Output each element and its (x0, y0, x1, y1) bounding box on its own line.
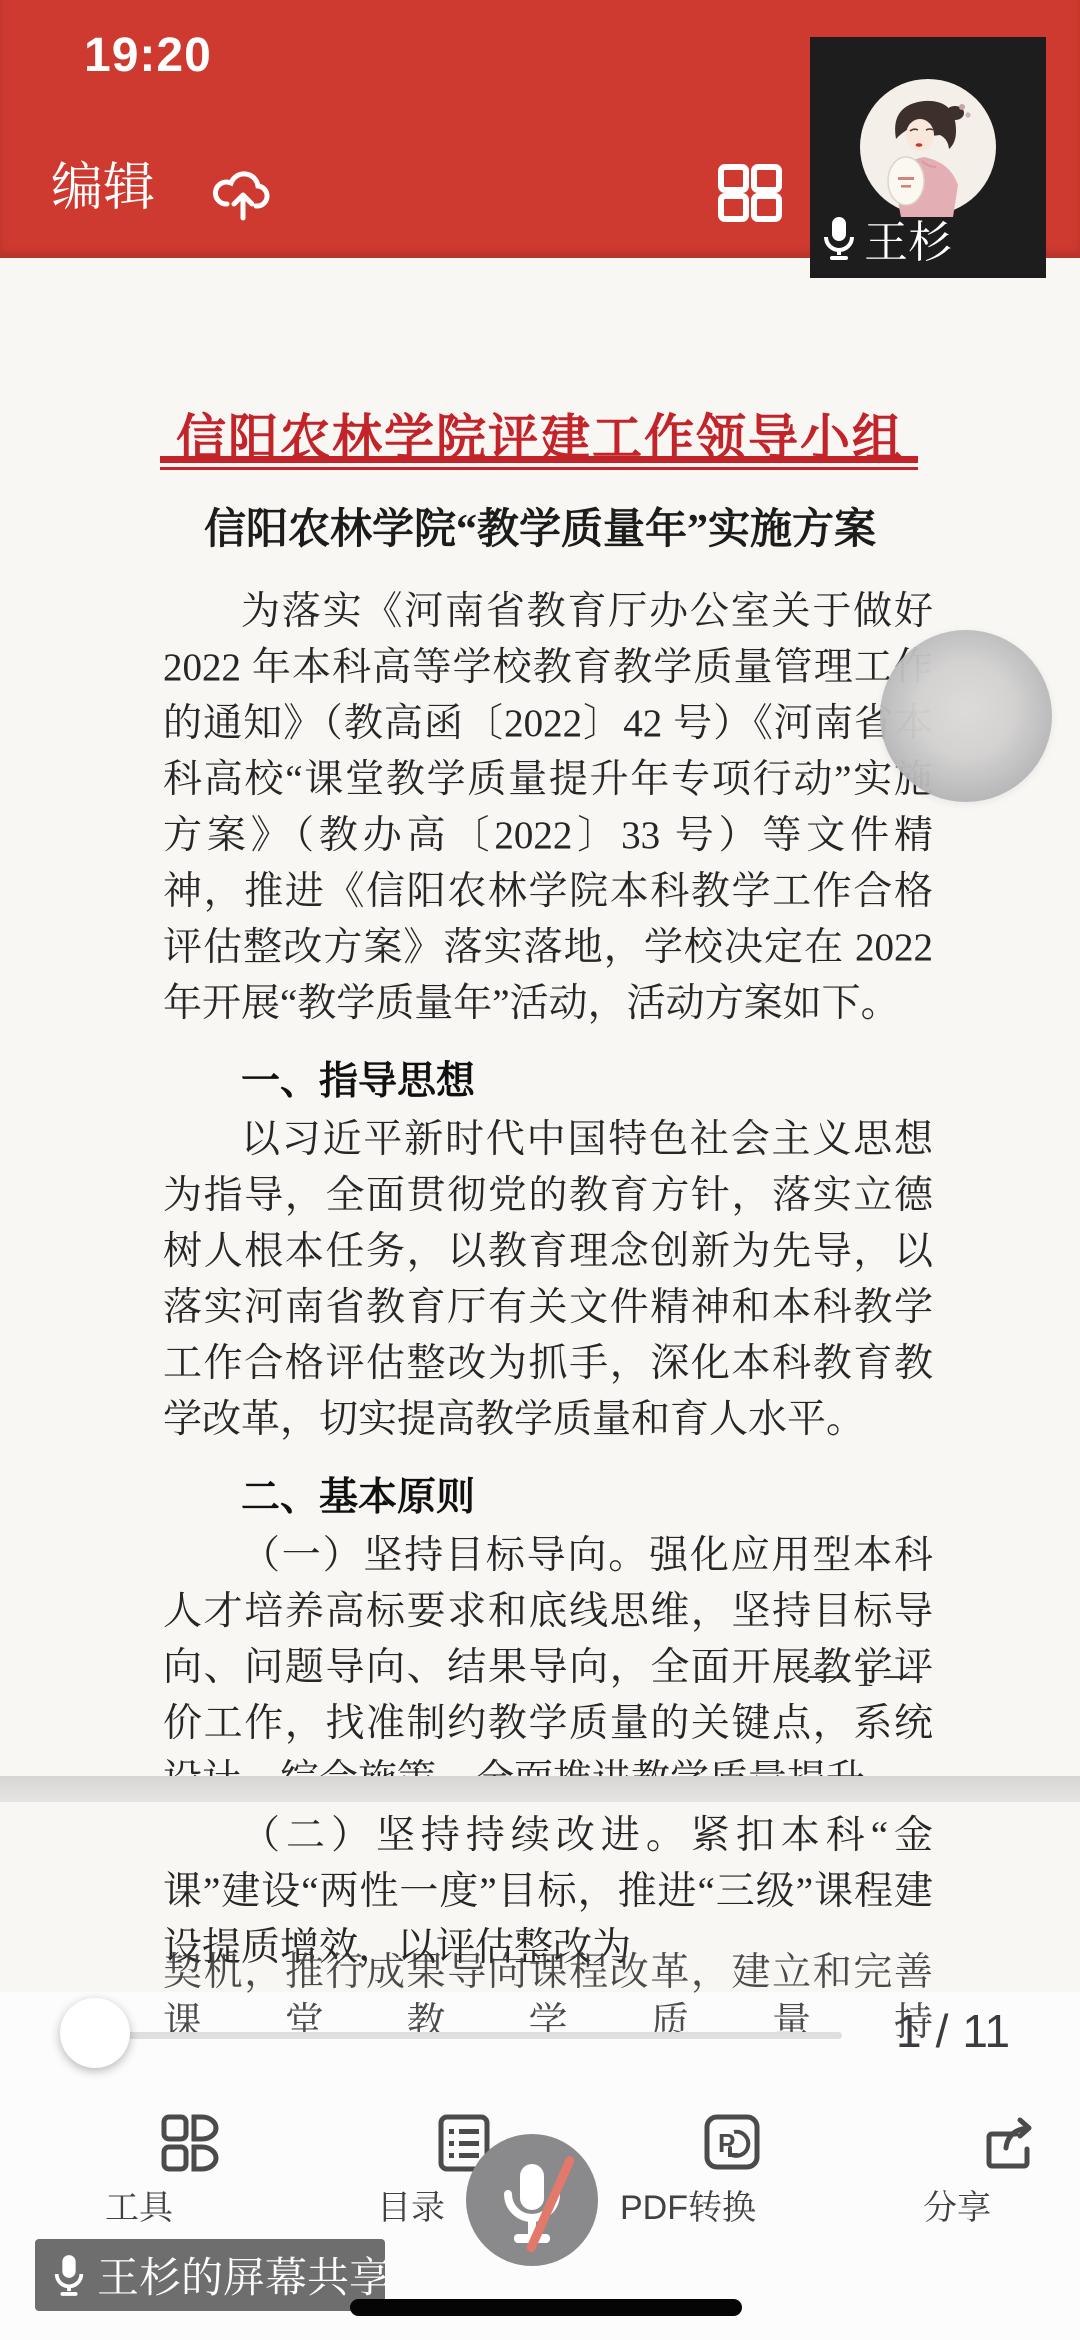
screen-share-participant-tile[interactable]: 王杉 (810, 37, 1046, 278)
pdf-convert-icon: P (704, 2114, 760, 2170)
floating-ball[interactable] (880, 630, 1052, 802)
tools-label[interactable]: 工具 (39, 2180, 239, 2229)
pdf-convert-label[interactable]: PDF转换 (588, 2180, 788, 2229)
document-body: 为落实《河南省教育厅办公室关于做好 2022 年本科高等学校教育教学质量管理工作… (163, 584, 933, 1976)
share-button[interactable] (930, 2114, 1080, 2175)
page-total: 11 (962, 2004, 1010, 2058)
document-title: 信阳农林学院“教学质量年”实施方案 (0, 496, 1080, 556)
tools-button[interactable] (110, 2114, 270, 2177)
page-number: — 1 — (808, 1652, 922, 1696)
page-slider-handle[interactable] (60, 1998, 130, 2068)
participant-mic-icon (820, 215, 858, 261)
paragraph: 以习近平新时代中国特色社会主义思想为指导，全面贯彻党的教育方针，落实立德树人根本… (163, 1112, 933, 1448)
page-slider-track[interactable] (118, 2032, 842, 2039)
status-time: 19:20 (84, 28, 212, 83)
banner-mic-icon (51, 2252, 87, 2298)
screen: 19:20 编辑 (0, 0, 1080, 2340)
section-heading: 一、指导思想 (163, 1054, 933, 1110)
avatar (858, 77, 998, 217)
banner-text: 王杉的屏幕共享 (97, 2245, 391, 2305)
participant-name: 王杉 (864, 206, 952, 270)
pdf-convert-button[interactable]: P (652, 2114, 812, 2175)
letterhead-rule-thin (160, 467, 918, 470)
grid-view-icon[interactable] (718, 164, 782, 222)
mute-mic-button[interactable] (466, 2134, 598, 2266)
page-current: 1 (896, 2004, 922, 2058)
paragraph: 为落实《河南省教育厅办公室关于做好 2022 年本科高等学校教育教学质量管理工作… (163, 584, 933, 1032)
tools-grid-icon (161, 2114, 219, 2172)
home-indicator[interactable] (350, 2299, 742, 2316)
screen-share-banner: 王杉的屏幕共享 (35, 2239, 385, 2311)
share-label[interactable]: 分享 (857, 2180, 1057, 2229)
share-icon (982, 2114, 1038, 2170)
edit-button[interactable]: 编辑 (51, 160, 155, 216)
letterhead-rule-thick (160, 456, 918, 463)
page-counter: 1 / 11 (896, 2004, 1066, 2058)
page-separator-slash: / (936, 2004, 949, 2058)
page-separator (0, 1776, 1080, 1802)
section-heading: 二、基本原则 (163, 1470, 933, 1526)
upload-cloud-icon[interactable] (210, 162, 276, 224)
